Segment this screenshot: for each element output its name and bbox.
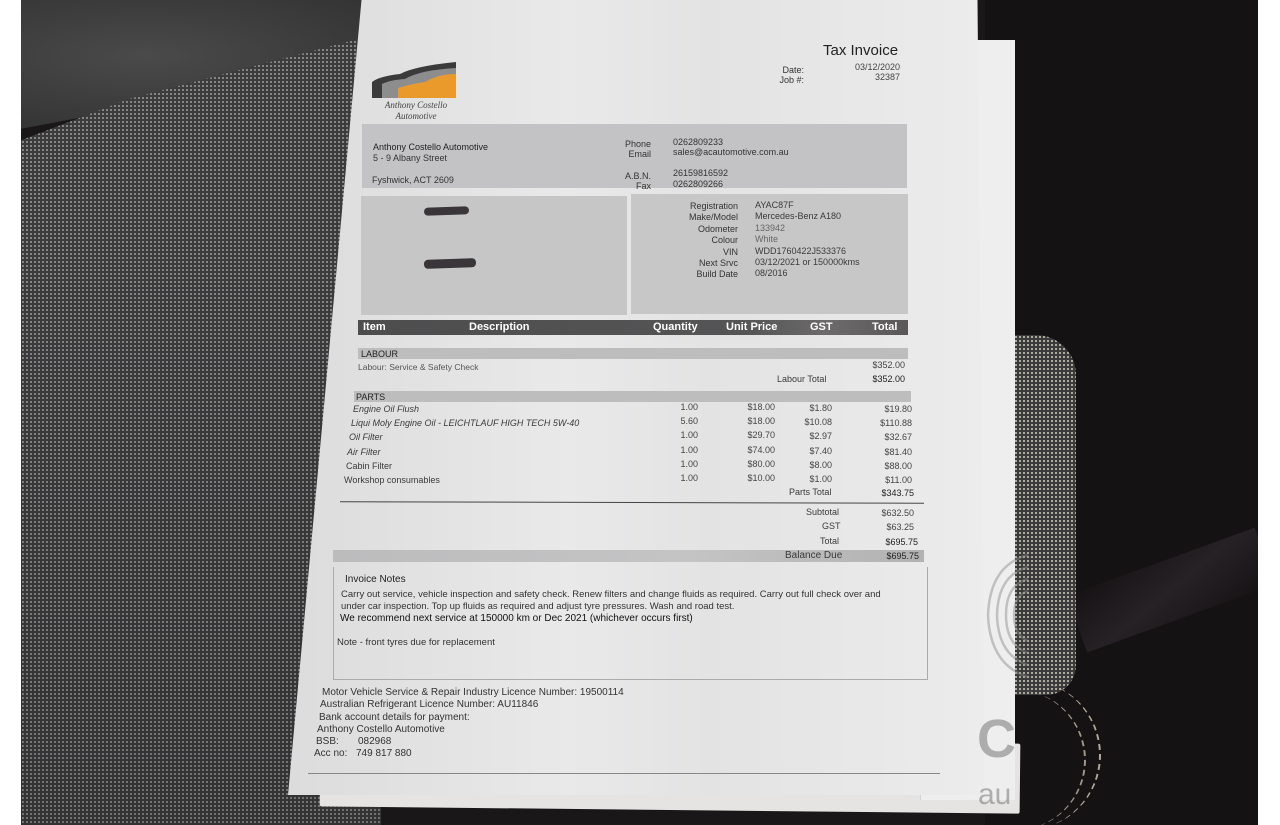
abn-label: A.B.N. (581, 171, 651, 181)
gst-value: $63.25 (864, 522, 914, 532)
date-label: Date: (744, 65, 804, 75)
part-unit-price: $80.00 (725, 459, 775, 469)
part-unit-price: $18.00 (725, 416, 775, 426)
vehicle-label: Next Srvc (668, 258, 738, 268)
part-gst: $1.80 (782, 403, 832, 413)
logo-sub: Automotive (366, 111, 466, 122)
phone-label: Phone (581, 139, 651, 149)
col-total: Total (872, 321, 897, 333)
vehicle-value: WDD1760422J533376 (755, 246, 846, 256)
parts-heading: PARTS (356, 392, 385, 402)
logo-text: Anthony Costello Automotive (366, 100, 466, 122)
part-total: $19.80 (862, 404, 912, 414)
vehicle-label: Make/Model (668, 212, 738, 222)
part-description: Cabin Filter (346, 461, 392, 471)
subtotal-value: $632.50 (864, 508, 914, 518)
invoice-notes-title: Invoice Notes (345, 574, 406, 585)
part-total: $32.67 (862, 432, 912, 442)
col-description: Description (469, 321, 530, 333)
redacted-customer-name (424, 206, 469, 216)
part-gst: $2.97 (782, 431, 832, 441)
part-description: Air Filter (347, 447, 381, 457)
labour-item-description: Labour: Service & Safety Check (358, 362, 478, 372)
company-logo-icon (370, 60, 460, 100)
job-number: 32387 (830, 72, 900, 82)
labour-item-total: $352.00 (855, 360, 905, 370)
labour-total: $352.00 (855, 374, 905, 384)
part-unit-price: $18.00 (725, 402, 775, 412)
vehicle-value: Mercedes-Benz A180 (755, 211, 841, 221)
part-unit-price: $10.00 (725, 473, 775, 483)
logo-name: Anthony Costello (366, 100, 466, 111)
abn-value: 26159816592 (673, 168, 728, 178)
part-quantity: 1.00 (648, 473, 698, 483)
email-value: sales@acautomotive.com.au (673, 147, 789, 157)
watermark-letter: C (977, 708, 1016, 770)
licence-number: Motor Vehicle Service & Repair Industry … (322, 687, 624, 698)
bank-details-heading: Bank account details for payment: (319, 712, 470, 723)
watermark-sub: au (978, 778, 1011, 812)
acc-label: Acc no: (314, 748, 347, 759)
vehicle-value: White (755, 234, 778, 244)
part-description: Liqui Moly Engine Oil - LEICHTLAUF HIGH … (351, 418, 579, 428)
vehicle-label: Build Date (668, 269, 738, 279)
part-description: Engine Oil Flush (353, 404, 419, 414)
parts-section-bar (354, 391, 911, 402)
vehicle-value: 08/2016 (755, 268, 788, 278)
job-label: Job #: (744, 75, 804, 85)
part-total: $81.40 (862, 447, 912, 457)
vehicle-value: 03/12/2021 or 150000kms (755, 257, 860, 267)
vehicle-label: Colour (668, 235, 738, 245)
part-total: $11.00 (862, 475, 912, 485)
invoice-notes-recommendation: We recommend next service at 150000 km o… (340, 613, 693, 624)
bsb-label: BSB: (316, 736, 339, 747)
refrigerant-licence: Australian Refrigerant Licence Number: A… (320, 699, 538, 710)
bank-account-name: Anthony Costello Automotive (317, 724, 445, 735)
parts-total: $343.75 (864, 488, 914, 498)
acc-value: 749 817 880 (356, 748, 412, 759)
part-description: Workshop consumables (344, 475, 440, 485)
part-gst: $1.00 (782, 474, 832, 484)
labour-total-label: Labour Total (777, 374, 826, 384)
business-address1: 5 - 9 Albany Street (373, 153, 447, 163)
col-unit-price: Unit Price (726, 321, 777, 333)
part-quantity: 1.00 (648, 445, 698, 455)
balance-due-value: $695.75 (869, 551, 919, 561)
invoice-notes-body: Carry out service, vehicle inspection an… (341, 589, 881, 612)
vehicle-label: Odometer (668, 224, 738, 234)
part-description: Oil Filter (349, 432, 383, 442)
phone-value: 0262809233 (673, 137, 723, 147)
part-unit-price: $74.00 (725, 445, 775, 455)
part-gst: $7.40 (782, 446, 832, 456)
labour-section-bar (358, 348, 908, 359)
fax-value: 0262809266 (673, 179, 723, 189)
subtotal-label: Subtotal (806, 507, 839, 517)
fingerprint-watermark-icon (980, 545, 1030, 685)
vehicle-value: AYAC87F (755, 200, 794, 210)
invoice-date: 03/12/2020 (830, 62, 900, 72)
col-item: Item (363, 321, 386, 333)
fax-label: Fax (581, 181, 651, 191)
part-gst: $10.08 (782, 417, 832, 427)
part-total: $110.88 (862, 418, 912, 428)
part-quantity: 5.60 (648, 416, 698, 426)
gst-label: GST (822, 521, 841, 531)
redacted-customer-address (424, 258, 476, 269)
business-name: Anthony Costello Automotive (373, 142, 488, 152)
part-quantity: 1.00 (648, 459, 698, 469)
parts-total-label: Parts Total (789, 487, 831, 497)
invoice-title: Tax Invoice (823, 42, 898, 59)
balance-due-label: Balance Due (785, 550, 842, 561)
col-gst: GST (810, 321, 833, 333)
part-gst: $8.00 (782, 460, 832, 470)
col-quantity: Quantity (653, 321, 698, 333)
vehicle-value: 133942 (755, 223, 785, 233)
bsb-value: 082968 (358, 736, 391, 747)
part-unit-price: $29.70 (725, 430, 775, 440)
total-label: Total (820, 536, 839, 546)
customer-panel (361, 196, 627, 315)
total-value: $695.75 (868, 537, 918, 547)
business-address2: Fyshwick, ACT 2609 (372, 175, 454, 185)
vehicle-label: VIN (668, 247, 738, 257)
invoice-notes-extra: Note - front tyres due for replacement (337, 637, 495, 648)
vehicle-label: Registration (668, 201, 738, 211)
part-quantity: 1.00 (648, 402, 698, 412)
labour-heading: LABOUR (361, 349, 398, 359)
email-label: Email (581, 149, 651, 159)
part-quantity: 1.00 (648, 430, 698, 440)
part-total: $88.00 (862, 461, 912, 471)
